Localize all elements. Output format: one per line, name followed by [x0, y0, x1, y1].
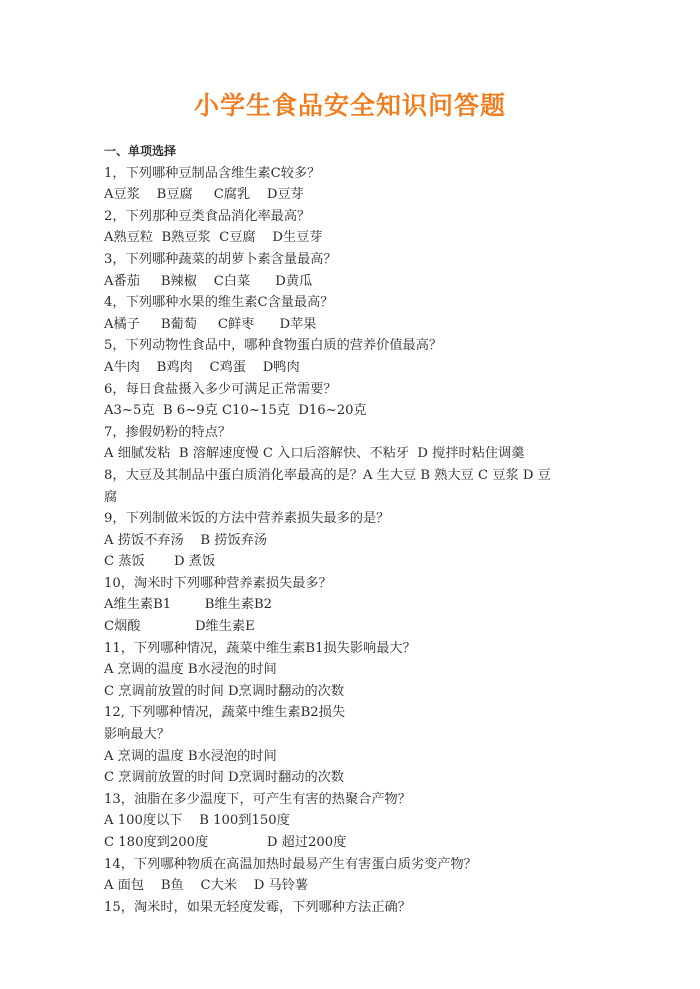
options-10-ab: A维生素B1 B维生素B2 [104, 594, 604, 616]
options-5: A牛肉 B鸡肉 C鸡蛋 D鸭肉 [104, 357, 604, 379]
options-9-ab: A 捞饭不弃汤 B 捞饭弃汤 [104, 530, 604, 552]
question-2: 2，下列那种豆类食品消化率最高？ [104, 206, 604, 228]
question-1: 1，下列哪种豆制品含维生素C较多？ [104, 163, 604, 185]
question-8: 8，大豆及其制品中蛋白质消化率最高的是？A 生大豆 B 熟大豆 C 豆浆 D 豆 [104, 465, 604, 487]
options-2: A熟豆粒 B熟豆浆 C豆腐 D生豆芽 [104, 227, 604, 249]
question-11: 11，下列哪种情况，蔬菜中维生素B1损失影响最大？ [104, 638, 604, 660]
question-10: 10，淘米时下列哪种营养素损失最多？ [104, 573, 604, 595]
question-13: 13，油脂在多少温度下，可产生有害的热聚合产物？ [104, 789, 604, 811]
options-11-cd: C 烹调前放置的时间 D烹调时翻动的次数 [104, 681, 604, 703]
question-12: 12, 下列哪种情况，蔬菜中维生素B2损失 [104, 702, 604, 724]
options-12-ab: A 烹调的温度 B水浸泡的时间 [104, 746, 604, 768]
question-4: 4，下列哪种水果的维生素C含量最高？ [104, 292, 604, 314]
question-5: 5，下列动物性食品中，哪种食物蛋白质的营养价值最高？ [104, 335, 604, 357]
question-14: 14，下列哪种物质在高温加热时最易产生有害蛋白质劣变产物？ [104, 854, 604, 876]
options-14: A 面包 B鱼 C大米 D 马铃薯 [104, 875, 604, 897]
options-4: A橘子 B葡萄 C鲜枣 D苹果 [104, 314, 604, 336]
options-12-cd: C 烹调前放置的时间 D烹调时翻动的次数 [104, 767, 604, 789]
options-6: A3~5克 B 6~9克 C10~15克 D16~20克 [104, 400, 604, 422]
options-13-cd: C 180度到200度 D 超过200度 [104, 832, 604, 854]
options-10-cd: C烟酸 D维生素E [104, 616, 604, 638]
options-1: A豆浆 B豆腐 C腐乳 D豆芽 [104, 184, 604, 206]
options-9-cd: C 蒸饭 D 煮饭 [104, 551, 604, 573]
document-page: 小学生食品安全知识问答题 一、单项选择 1，下列哪种豆制品含维生素C较多？ A豆… [0, 0, 700, 989]
question-9: 9，下列制做米饭的方法中营养素损失最多的是？ [104, 508, 604, 530]
question-3: 3，下列哪种蔬菜的胡萝卜素含量最高？ [104, 249, 604, 271]
document-title: 小学生食品安全知识问答题 [0, 86, 700, 122]
section-heading: 一、单项选择 [104, 141, 604, 163]
options-3: A番茄 B辣椒 C白菜 D黄瓜 [104, 271, 604, 293]
options-11-ab: A 烹调的温度 B水浸泡的时间 [104, 659, 604, 681]
document-body: 一、单项选择 1，下列哪种豆制品含维生素C较多？ A豆浆 B豆腐 C腐乳 D豆芽… [104, 141, 604, 918]
question-8-continued: 腐 [104, 487, 604, 509]
question-7: 7，掺假奶粉的特点？ [104, 422, 604, 444]
question-6: 6，每日食盐摄入多少可满足正常需要？ [104, 379, 604, 401]
question-12-continued: 影响最大？ [104, 724, 604, 746]
options-13-ab: A 100度以下 B 100到150度 [104, 810, 604, 832]
options-7: A 细腻发粘 B 溶解速度慢 C 入口后溶解快、不粘牙 D 搅拌时粘住调羹 [104, 443, 604, 465]
question-15: 15，淘米时，如果无轻度发霉，下列哪种方法正确？ [104, 897, 604, 919]
